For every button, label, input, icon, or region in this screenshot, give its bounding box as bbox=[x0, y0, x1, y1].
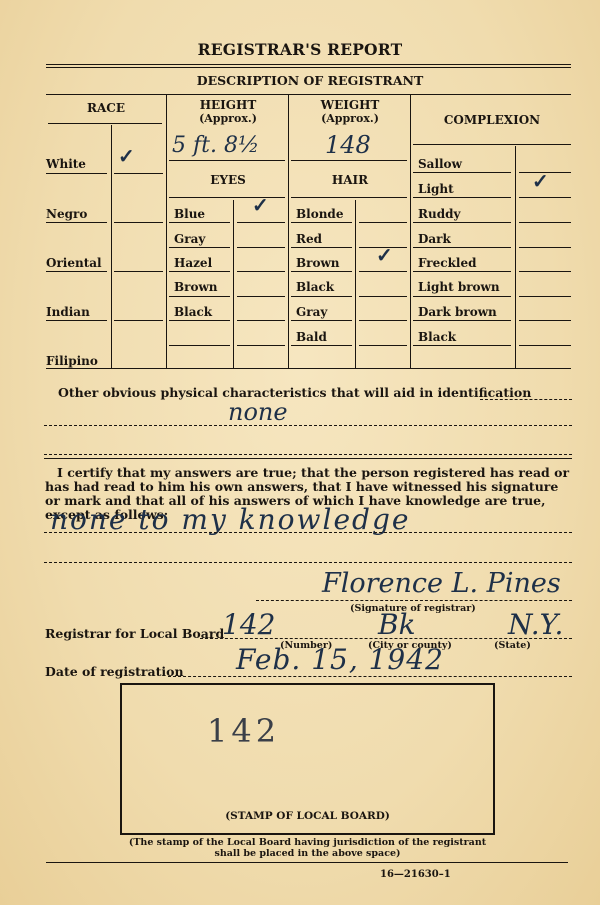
complexion-dark-brown-label: Dark brown bbox=[418, 305, 497, 319]
grid-line bbox=[169, 160, 285, 161]
weight-value: 148 bbox=[325, 131, 371, 159]
grid-line bbox=[166, 95, 167, 368]
grid-line bbox=[169, 271, 230, 272]
grid-line bbox=[519, 320, 571, 321]
grid-line bbox=[237, 247, 285, 248]
table-top-rule bbox=[46, 94, 571, 95]
grid-line bbox=[46, 222, 107, 223]
grid-line bbox=[46, 271, 107, 272]
grid-line bbox=[413, 172, 511, 173]
grid-line bbox=[359, 345, 407, 346]
grid-line bbox=[46, 173, 107, 174]
weight-header-sub: (Approx.) bbox=[290, 112, 410, 125]
registrar-report-card: REGISTRAR'S REPORT DESCRIPTION OF REGIST… bbox=[0, 0, 600, 905]
complexion-light-brown-label: Light brown bbox=[418, 280, 500, 294]
weight-header: WEIGHT (Approx.) bbox=[290, 99, 410, 125]
grid-line bbox=[237, 222, 285, 223]
grid-line bbox=[413, 320, 511, 321]
grid-line bbox=[413, 271, 511, 272]
grid-line bbox=[413, 144, 571, 145]
hair-gray-label: Gray bbox=[296, 305, 327, 319]
weight-header-label: WEIGHT bbox=[321, 98, 380, 112]
race-negro-label: Negro bbox=[46, 207, 87, 221]
stamp-value: 142 bbox=[207, 712, 280, 750]
page-title: REGISTRAR'S REPORT bbox=[0, 40, 600, 59]
race-filipino-label: Filipino bbox=[46, 354, 98, 368]
local-board-number: 142 bbox=[222, 608, 275, 641]
dotted-line bbox=[480, 399, 572, 400]
grid-line bbox=[519, 345, 571, 346]
dotted-line bbox=[168, 676, 572, 677]
grid-line bbox=[114, 320, 163, 321]
race-white-check-icon[interactable]: ✓ bbox=[118, 144, 135, 168]
eyes-black-label: Black bbox=[174, 305, 212, 319]
date-value: Feb. 15, 1942 bbox=[236, 643, 444, 676]
grid-line bbox=[413, 222, 511, 223]
characteristics-label: Other obvious physical characteristics t… bbox=[58, 386, 531, 400]
grid-line bbox=[291, 197, 407, 198]
eyes-blue-check-icon[interactable]: ✓ bbox=[252, 193, 269, 217]
complexion-freckled-label: Freckled bbox=[418, 256, 476, 270]
hair-blonde-label: Blonde bbox=[296, 207, 343, 221]
registrar-signature: Florence L. Pines bbox=[322, 568, 561, 599]
grid-line bbox=[291, 320, 352, 321]
title-double-rule bbox=[46, 64, 571, 68]
grid-line bbox=[359, 222, 407, 223]
grid-line bbox=[413, 197, 511, 198]
race-oriental-label: Oriental bbox=[46, 256, 102, 270]
grid-line bbox=[291, 247, 352, 248]
characteristics-value: none bbox=[228, 398, 288, 426]
dotted-line bbox=[44, 532, 572, 533]
grid-line bbox=[46, 320, 107, 321]
dotted-line bbox=[44, 425, 572, 426]
complexion-light-label: Light bbox=[418, 182, 454, 196]
grid-line bbox=[288, 95, 289, 368]
dotted-line bbox=[44, 562, 572, 563]
height-value: 5 ft. 8½ bbox=[172, 133, 259, 158]
grid-line bbox=[114, 173, 163, 174]
hair-brown-label: Brown bbox=[296, 256, 340, 270]
stamp-caption: (STAMP OF LOCAL BOARD) bbox=[120, 810, 495, 822]
local-board-city: Bk bbox=[378, 608, 416, 641]
grid-line bbox=[413, 345, 511, 346]
grid-line bbox=[359, 296, 407, 297]
grid-line bbox=[237, 320, 285, 321]
rule-line bbox=[44, 458, 572, 459]
bottom-rule bbox=[46, 862, 568, 863]
grid-line bbox=[169, 296, 230, 297]
complexion-sallow-label: Sallow bbox=[418, 157, 462, 171]
grid-line bbox=[515, 146, 516, 368]
grid-line bbox=[291, 296, 352, 297]
grid-line bbox=[413, 296, 511, 297]
grid-line bbox=[169, 345, 230, 346]
grid-line bbox=[519, 271, 571, 272]
grid-line bbox=[237, 345, 285, 346]
height-header: HEIGHT (Approx.) bbox=[168, 99, 288, 125]
hair-header: HAIR bbox=[290, 174, 410, 187]
height-header-sub: (Approx.) bbox=[168, 112, 288, 125]
eyes-header: EYES bbox=[168, 174, 288, 187]
grid-line bbox=[519, 222, 571, 223]
stamp-note-line2: shall be placed in the above space) bbox=[80, 848, 535, 859]
grid-line bbox=[291, 345, 352, 346]
grid-line bbox=[410, 95, 411, 368]
grid-line bbox=[291, 271, 352, 272]
section-title: DESCRIPTION OF REGISTRANT bbox=[0, 73, 600, 88]
eyes-brown-label: Brown bbox=[174, 280, 218, 294]
form-number: 16—21630–1 bbox=[380, 869, 451, 880]
race-indian-label: Indian bbox=[46, 305, 90, 319]
grid-line bbox=[291, 160, 407, 161]
grid-line bbox=[291, 222, 352, 223]
complexion-dark-label: Dark bbox=[418, 232, 451, 246]
grid-line bbox=[355, 200, 356, 368]
grid-line bbox=[169, 320, 230, 321]
table-bottom-rule bbox=[46, 368, 571, 369]
dotted-line bbox=[44, 454, 572, 455]
grid-line bbox=[169, 247, 230, 248]
race-header: RACE bbox=[46, 102, 166, 115]
grid-line bbox=[359, 247, 407, 248]
grid-line bbox=[114, 271, 163, 272]
grid-line bbox=[233, 200, 234, 368]
local-board-label: Registrar for Local Board bbox=[45, 627, 224, 641]
grid-line bbox=[519, 296, 571, 297]
grid-line bbox=[48, 123, 162, 124]
complexion-black-label: Black bbox=[418, 330, 456, 344]
eyes-hazel-label: Hazel bbox=[174, 256, 212, 270]
eyes-blue-label: Blue bbox=[174, 207, 205, 221]
dotted-line bbox=[256, 600, 572, 601]
grid-line bbox=[237, 271, 285, 272]
date-label: Date of registration bbox=[45, 665, 184, 679]
grid-line bbox=[359, 271, 407, 272]
grid-line bbox=[114, 222, 163, 223]
complexion-ruddy-label: Ruddy bbox=[418, 207, 460, 221]
grid-line bbox=[237, 296, 285, 297]
grid-line bbox=[519, 172, 571, 173]
race-white-label: White bbox=[46, 157, 86, 171]
hair-black-label: Black bbox=[296, 280, 334, 294]
complexion-header: COMPLEXION bbox=[412, 114, 572, 127]
hair-bald-label: Bald bbox=[296, 330, 327, 344]
grid-line bbox=[519, 247, 571, 248]
local-board-state: N.Y. bbox=[508, 608, 563, 641]
stamp-note-line1: (The stamp of the Local Board having jur… bbox=[80, 837, 535, 848]
grid-line bbox=[413, 247, 511, 248]
eyes-gray-label: Gray bbox=[174, 232, 205, 246]
hair-red-label: Red bbox=[296, 232, 322, 246]
grid-line bbox=[169, 222, 230, 223]
grid-line bbox=[111, 125, 112, 368]
height-header-label: HEIGHT bbox=[200, 98, 257, 112]
state-caption: (State) bbox=[494, 640, 531, 651]
grid-line bbox=[519, 197, 571, 198]
grid-line bbox=[359, 320, 407, 321]
